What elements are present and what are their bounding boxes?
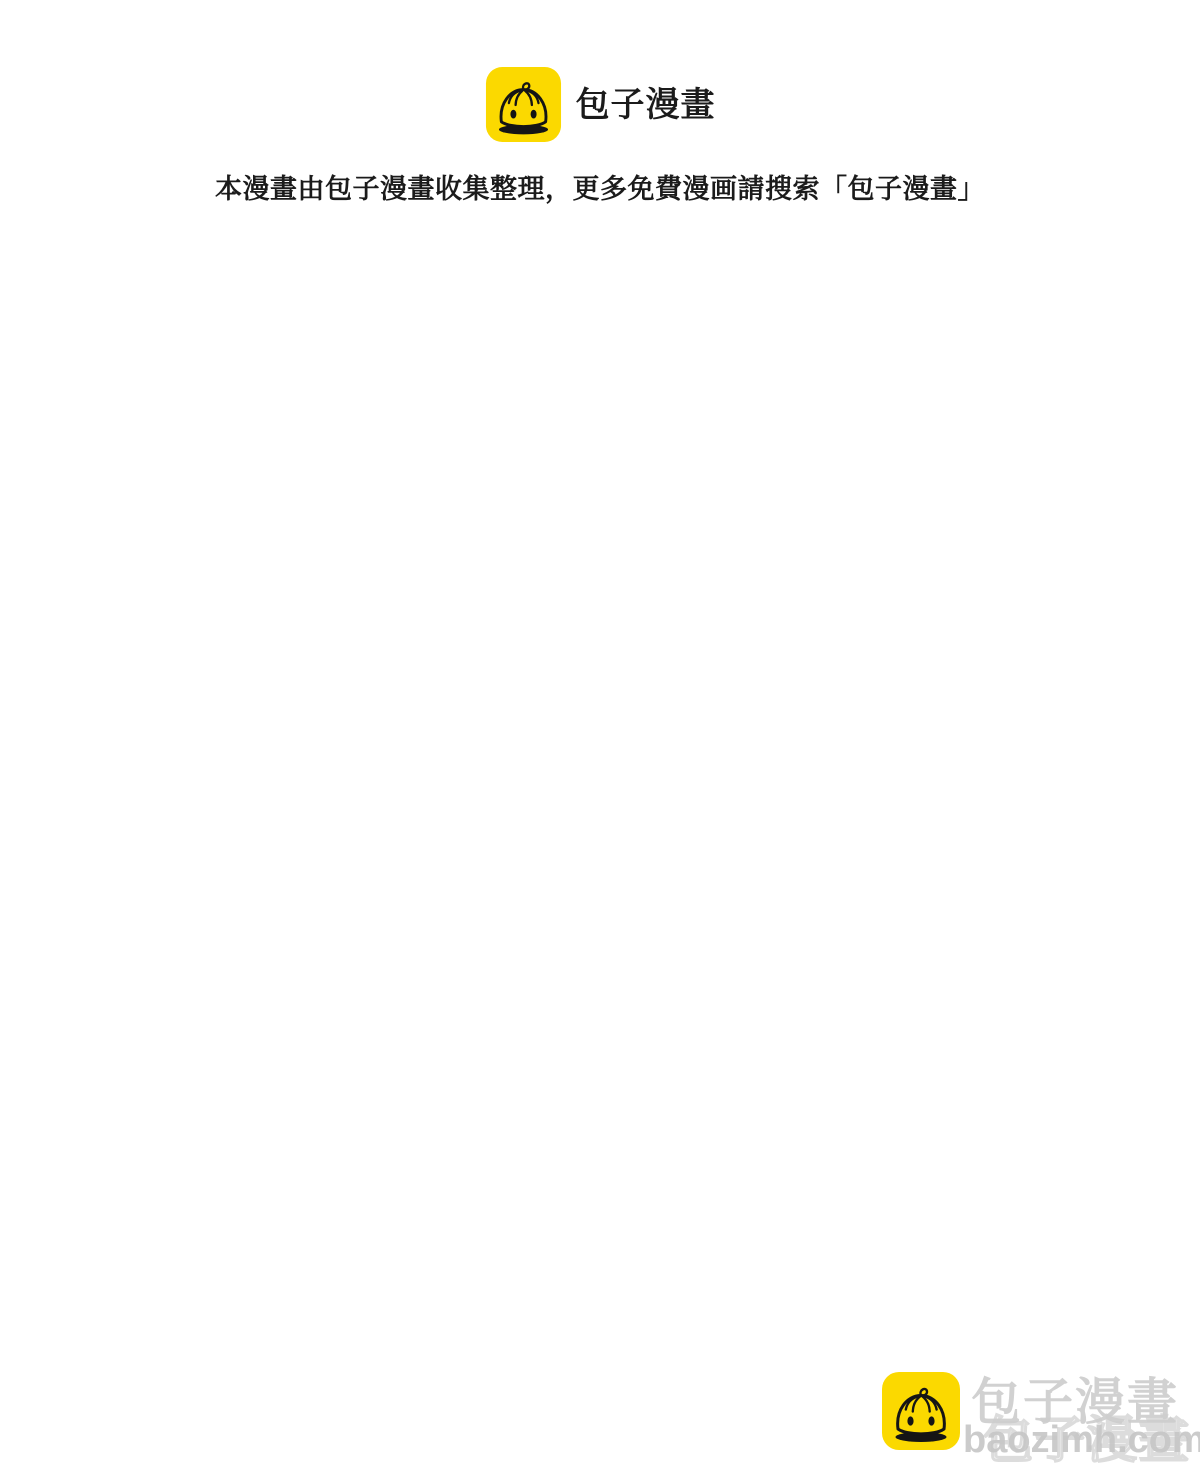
watermark-baozi-bun-icon xyxy=(881,1371,961,1451)
watermark-title: 包子漫畫 xyxy=(971,1377,1179,1427)
brand-title: 包子漫畫 xyxy=(576,88,716,122)
copyright-notice: 本漫畫由包子漫畫收集整理，更多免費漫画請搜索「包子漫畫」 xyxy=(0,172,1200,207)
watermark: 包子漫畫 baozimh.com 包子漫畫 xyxy=(881,1371,1200,1482)
header: 包子漫畫 xyxy=(0,66,1200,143)
baozi-bun-icon xyxy=(485,66,562,143)
